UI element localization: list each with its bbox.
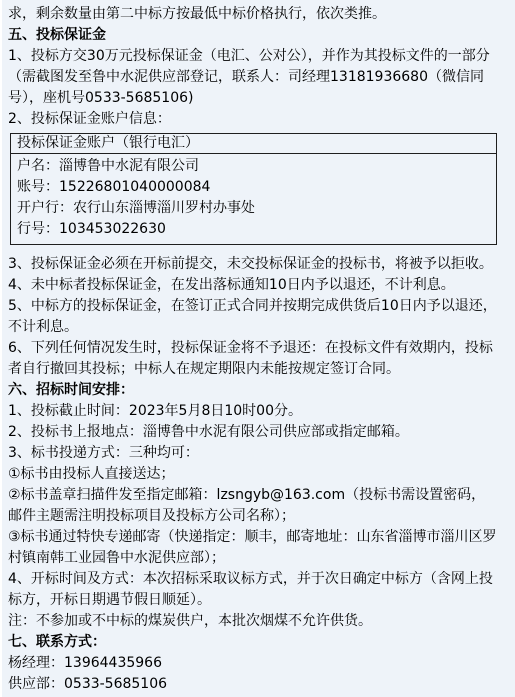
deposit-account-table-header: 投标保证金账户（银行电汇）	[11, 134, 496, 154]
section-5-item-1: 1、投标方交30万元投标保证金（电汇、公对公），并作为其投标文件的一部分（需截图…	[8, 46, 498, 109]
account-number: 账号：15226801040000084	[17, 177, 490, 198]
contact-manager: 杨经理：13964435966	[8, 653, 498, 674]
section-5-heading: 五、投标保证金	[8, 25, 498, 46]
section-6-item-4: 4、开标时间及方式：本次招标采取议标方式，并于次日确定中标方（含网上投标方，开标…	[8, 569, 498, 611]
section-6-delivery-option-1: ①标书由投标人直接送达；	[8, 464, 498, 485]
paragraph-continued: 求，剩余数量由第二中标方按最低中标价格执行，依次类推。	[8, 4, 498, 25]
section-6-heading: 六、招标时间安排：	[8, 380, 498, 401]
tender-document-page: 求，剩余数量由第二中标方按最低中标价格执行，依次类推。 五、投标保证金 1、投标…	[0, 0, 515, 697]
deposit-account-table-body: 户名：淄博鲁中水泥有限公司 账号：15226801040000084 开户行：农…	[11, 154, 496, 244]
section-6-item-3: 3、标书投递方式：三种均可：	[8, 443, 498, 464]
section-5-item-3: 3、投标保证金必须在开标前提交，未交投标保证金的投标书，将被予以拒收。	[8, 254, 498, 275]
section-5-item-6: 6、下列任何情况发生时，投标保证金将不予退还：在投标文件有效期内，投标者自行撤回…	[8, 338, 498, 380]
section-6-delivery-option-3: ③标书通过特快专递邮寄（快递指定：顺丰，邮寄地址：山东省淄博市淄川区罗村镇南韩工…	[8, 527, 498, 569]
section-6-note: 注：不参加或不中标的煤炭供户，本批次烟煤不允许供货。	[8, 611, 498, 632]
page-left-edge	[0, 0, 2, 697]
section-6-item-1: 1、投标截止时间：2023年5月8日10时00分。	[8, 401, 498, 422]
account-holder-name: 户名：淄博鲁中水泥有限公司	[17, 156, 490, 177]
section-6-item-2: 2、投标书上报地点：淄博鲁中水泥有限公司供应部或指定邮箱。	[8, 422, 498, 443]
section-5-item-2: 2、投标保证金账户信息：	[8, 109, 498, 130]
contact-supply-dept: 供应部：0533-5685106	[8, 674, 498, 695]
section-5-item-4: 4、未中标者投标保证金，在发出落标通知10日内予以退还，不计利息。	[8, 275, 498, 296]
account-bank-branch: 开户行：农行山东淄博淄川罗村办事处	[17, 198, 490, 219]
section-6-delivery-option-2: ②标书盖章扫描件发至指定邮箱：lzsngyb@163.com（投标书需设置密码，…	[8, 485, 498, 527]
account-bank-code: 行号：103453022630	[17, 219, 490, 240]
section-7-heading: 七、联系方式：	[8, 632, 498, 653]
deposit-account-table: 投标保证金账户（银行电汇） 户名：淄博鲁中水泥有限公司 账号：152268010…	[10, 133, 497, 245]
section-5-item-5: 5、中标方的投标保证金，在签订正式合同并按期完成供货后10日内予以退还，不计利息…	[8, 296, 498, 338]
